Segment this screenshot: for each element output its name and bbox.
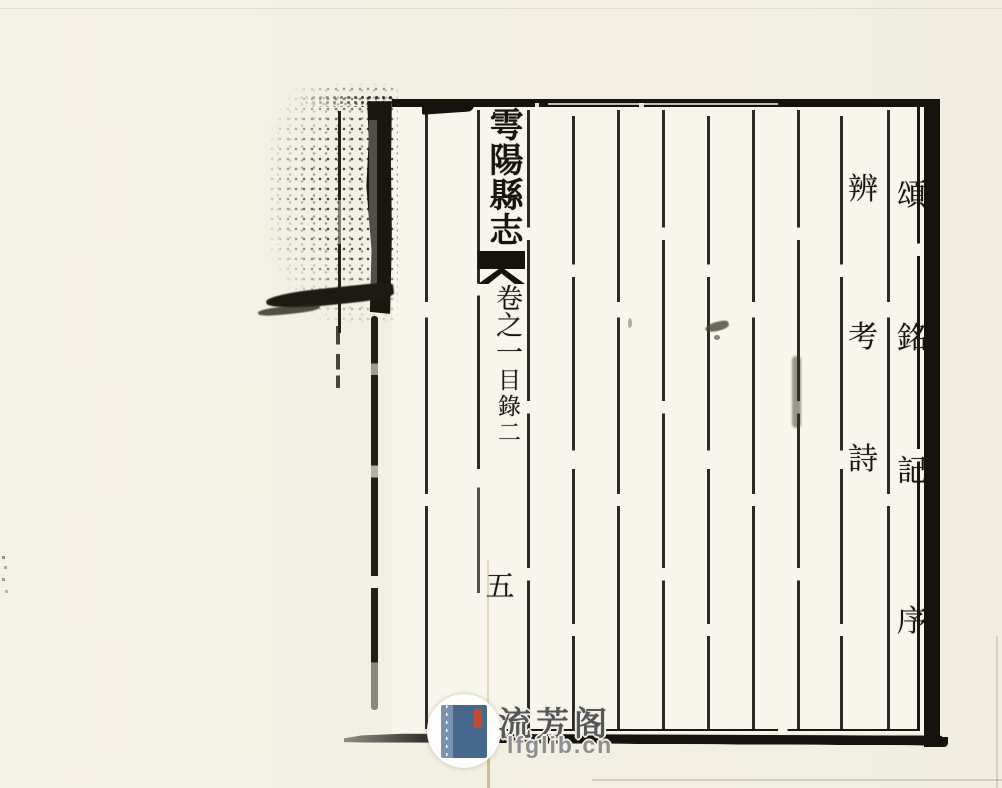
ink-smudge-blotch <box>792 356 801 428</box>
spine-title: 雩陽縣志 <box>477 107 527 247</box>
ink-smudge-dot <box>714 335 720 340</box>
page-number: 五 <box>475 564 525 605</box>
column-line <box>617 110 620 729</box>
toc-entry-ming: 銘 <box>891 313 933 357</box>
section-label: 目錄二 <box>496 368 524 446</box>
watermark-site-domain: lfglib.cn <box>507 732 613 759</box>
paper-edge-specks <box>2 556 5 559</box>
column-line <box>662 110 665 729</box>
spine-rough-edge-line <box>371 316 378 710</box>
toc-entry-ji: 記 <box>891 446 933 490</box>
scan-bottom-edge <box>592 779 1002 781</box>
spine-dashed-line <box>336 326 340 388</box>
fishtail-mark-icon <box>478 251 525 269</box>
toc-entry-xu: 序 <box>891 596 933 640</box>
frame-top-border-split <box>548 103 778 105</box>
chapter-label: 卷之一 <box>477 284 527 365</box>
toc-entry-song: 頌 <box>891 170 933 214</box>
column-line <box>527 110 530 729</box>
scanned-gazetteer-page: 雩陽縣志 卷之一 目錄二 五 頌 銘 記 序 辨 考 詩 流芳阁 lfglib.… <box>0 0 1002 788</box>
scan-top-edge <box>0 8 1002 9</box>
ink-speck <box>628 318 632 328</box>
frame-top-border-nick <box>535 103 539 108</box>
column-line <box>887 110 890 729</box>
spine-ink-band-highlight <box>369 120 377 290</box>
book-title-slip <box>474 709 482 728</box>
column-line <box>752 110 755 729</box>
column-line <box>425 110 428 729</box>
toc-entry-bian: 辨 <box>842 164 884 208</box>
toc-entry-shi: 詩 <box>842 434 884 478</box>
watermark-badge <box>427 694 501 768</box>
book-spine-stitching <box>441 705 453 758</box>
stitched-book-icon <box>441 705 487 758</box>
column-line <box>707 110 710 729</box>
scan-right-edge <box>996 636 998 788</box>
toc-entry-kao: 考 <box>842 312 884 356</box>
column-line <box>572 110 575 729</box>
